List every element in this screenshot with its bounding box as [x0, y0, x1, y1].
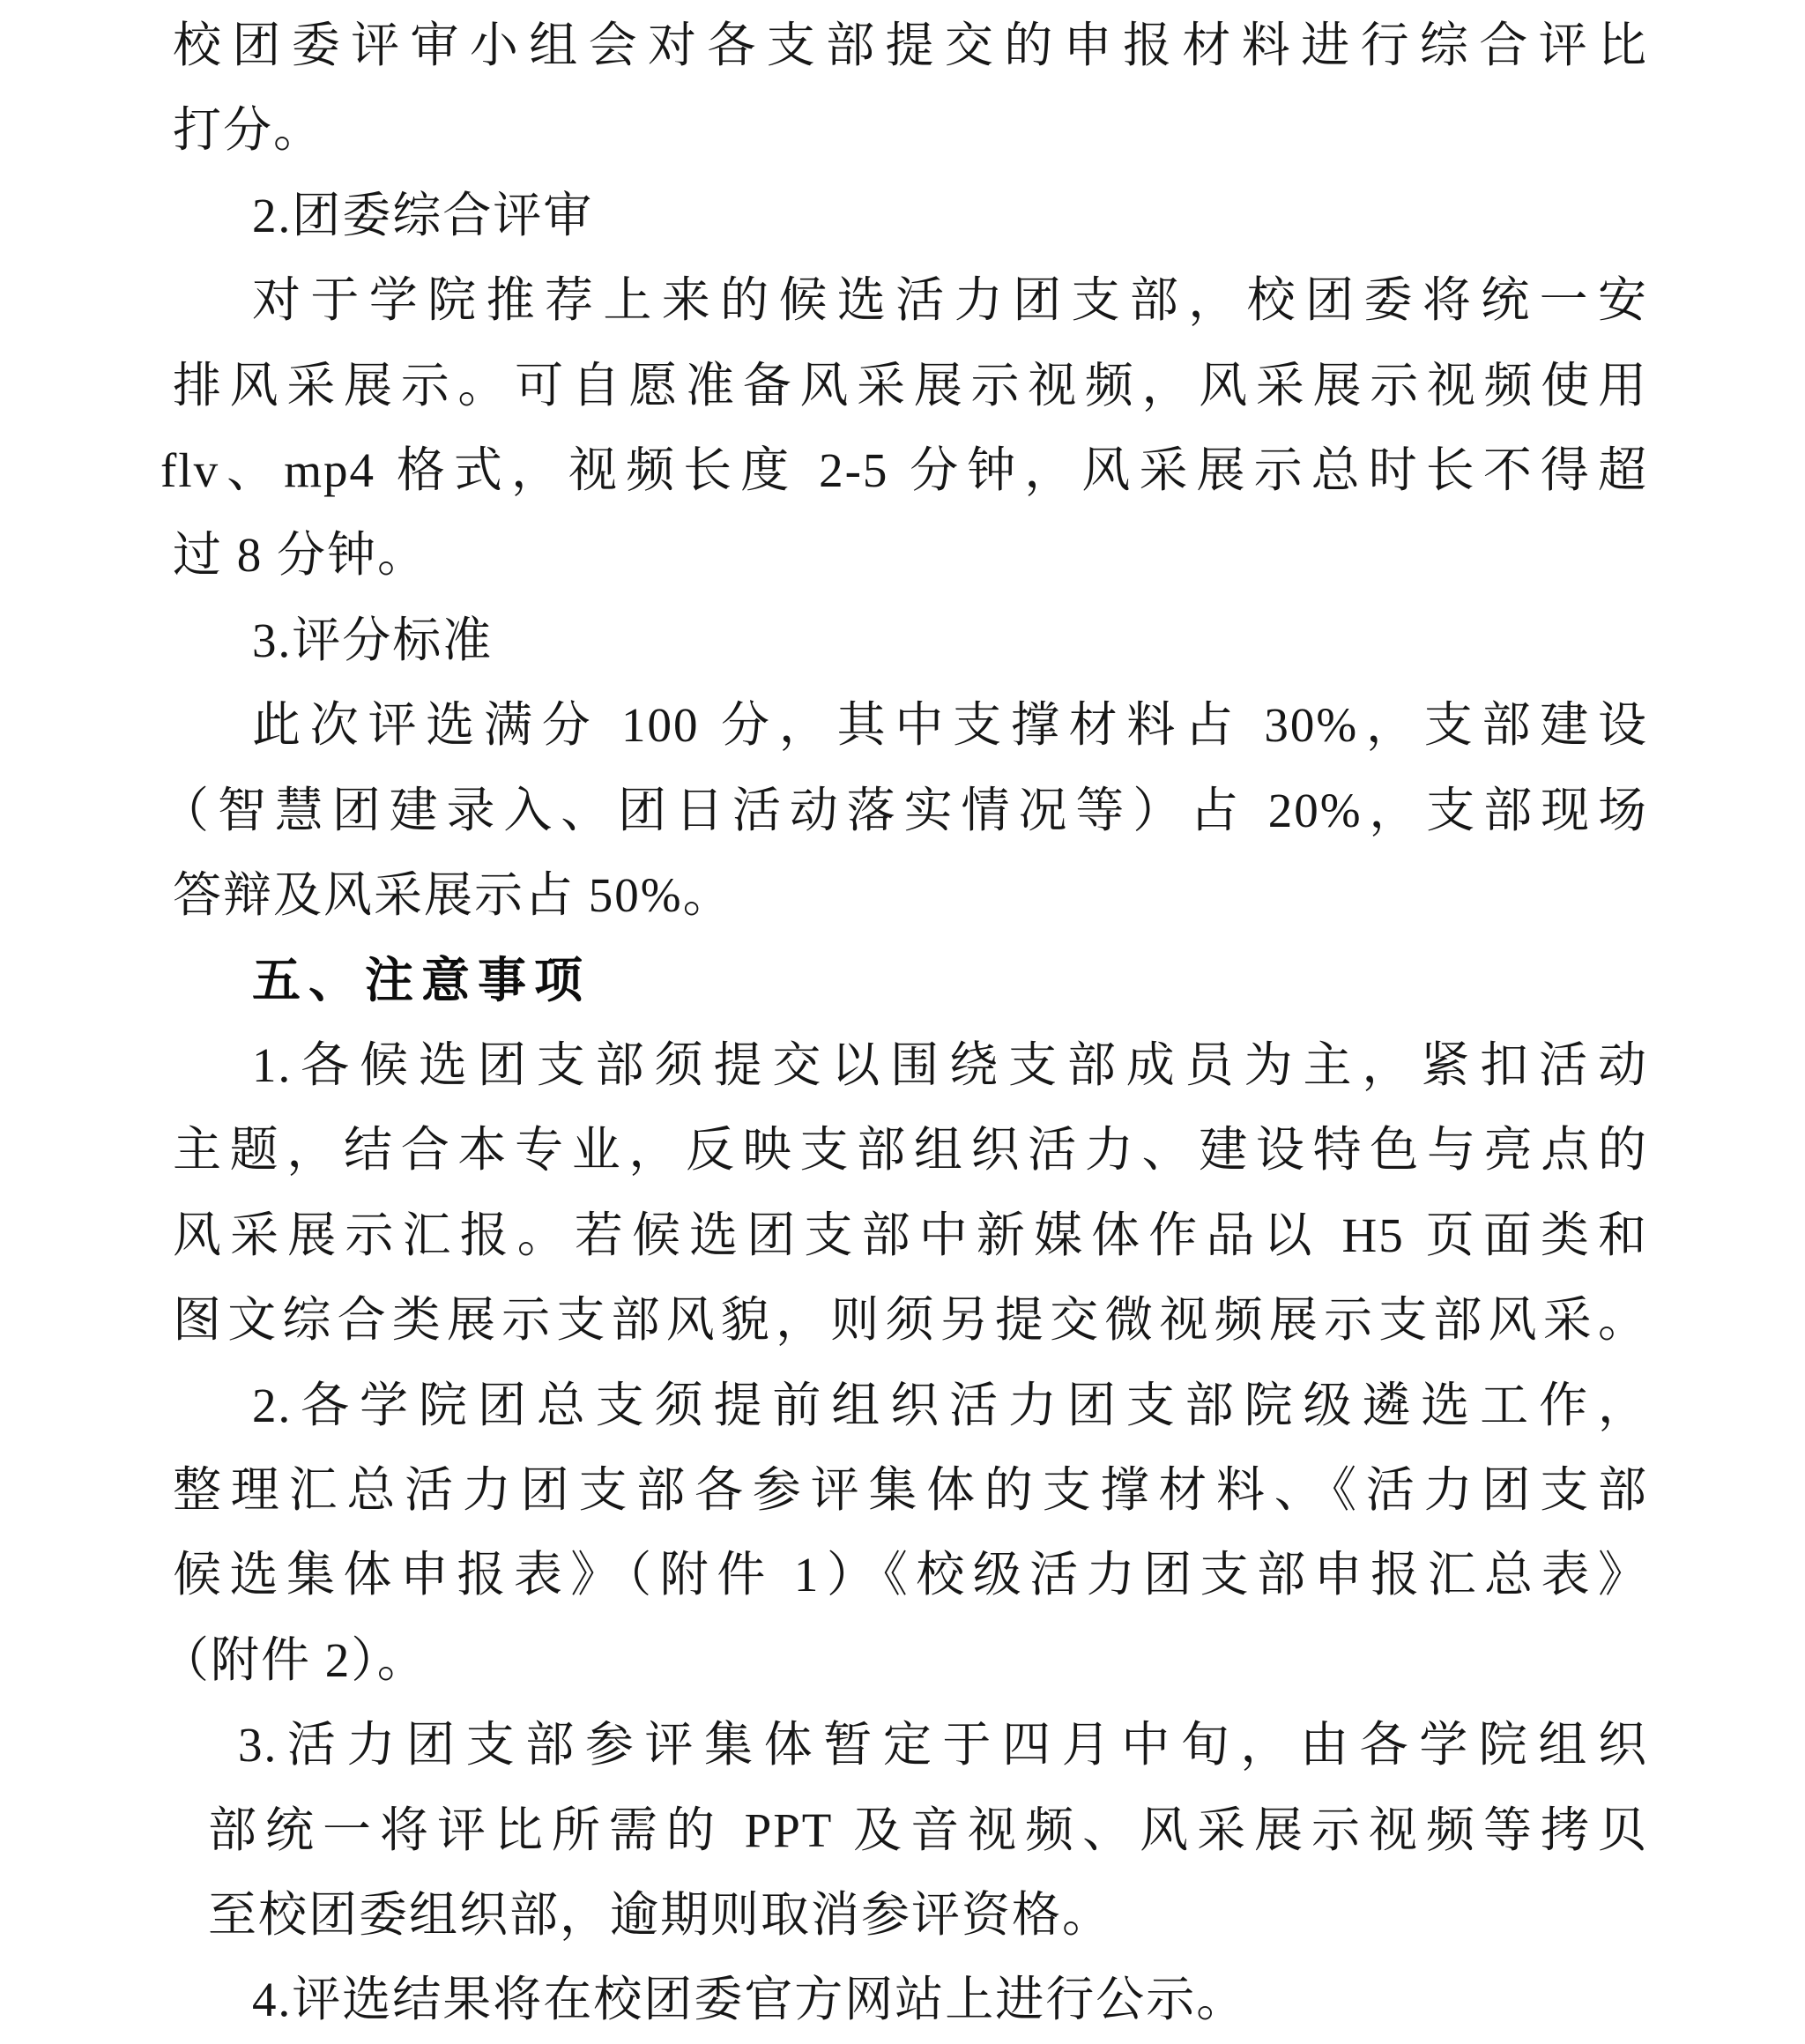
text-line: （智慧团建录入、团日活动落实情况等）占 20%，支部现场: [160, 769, 1648, 853]
text-line: 主题，结合本专业，反映支部组织活力、建设特色与亮点的: [173, 1108, 1648, 1193]
text-line: 部统一将评比所需的 PPT 及音视频、风采展示视频等拷贝: [173, 1788, 1648, 1873]
text-line: 2.团委综合评审: [173, 174, 1648, 258]
text-line: 3.活力团支部参评集体暂定于四月中旬，由各学院组织: [173, 1703, 1648, 1788]
text-line: 2.各学院团总支须提前组织活力团支部院级遴选工作，: [173, 1364, 1648, 1448]
text-line: 校团委评审小组会对各支部提交的申报材料进行综合评比: [173, 4, 1648, 88]
text-line: （附件 2）。: [160, 1618, 1648, 1703]
text-line: flv、mp4 格式，视频长度 2-5 分钟，风采展示总时长不得超: [160, 428, 1648, 513]
text-line: 图文综合类展示支部风貌，则须另提交微视频展示支部风采。: [173, 1278, 1648, 1363]
text-line: 1.各候选团支部须提交以围绕支部成员为主，紧扣活动: [173, 1023, 1648, 1108]
text-line: 至校团委组织部，逾期则取消参评资格。: [173, 1873, 1648, 1958]
text-line: 过 8 分钟。: [173, 513, 1648, 598]
text-line: 风采展示汇报。若候选团支部中新媒体作品以 H5 页面类和: [173, 1193, 1648, 1278]
text-line: 答辩及风采展示占 50%。: [173, 853, 1648, 938]
document-page: 校团委评审小组会对各支部提交的申报材料进行综合评比 打分。 2.团委综合评审 对…: [0, 0, 1805, 2044]
text-line: 3.评分标准: [173, 598, 1648, 683]
section-heading: 五、注意事项: [173, 938, 1648, 1022]
text-line: 候选集体申报表》（附件 1）《校级活力团支部申报汇总表》: [173, 1533, 1648, 1617]
text-line: 打分。: [173, 88, 1648, 173]
text-line: 整理汇总活力团支部各参评集体的支撑材料、《活力团支部: [173, 1448, 1648, 1533]
text-line: 排风采展示。可自愿准备风采展示视频，风采展示视频使用: [173, 344, 1648, 428]
text-line: 对于学院推荐上来的候选活力团支部，校团委将统一安: [173, 258, 1648, 343]
text-line: 此次评选满分 100 分，其中支撑材料占 30%，支部建设: [173, 683, 1648, 768]
text-line: 4.评选结果将在校团委官方网站上进行公示。: [173, 1958, 1648, 2042]
